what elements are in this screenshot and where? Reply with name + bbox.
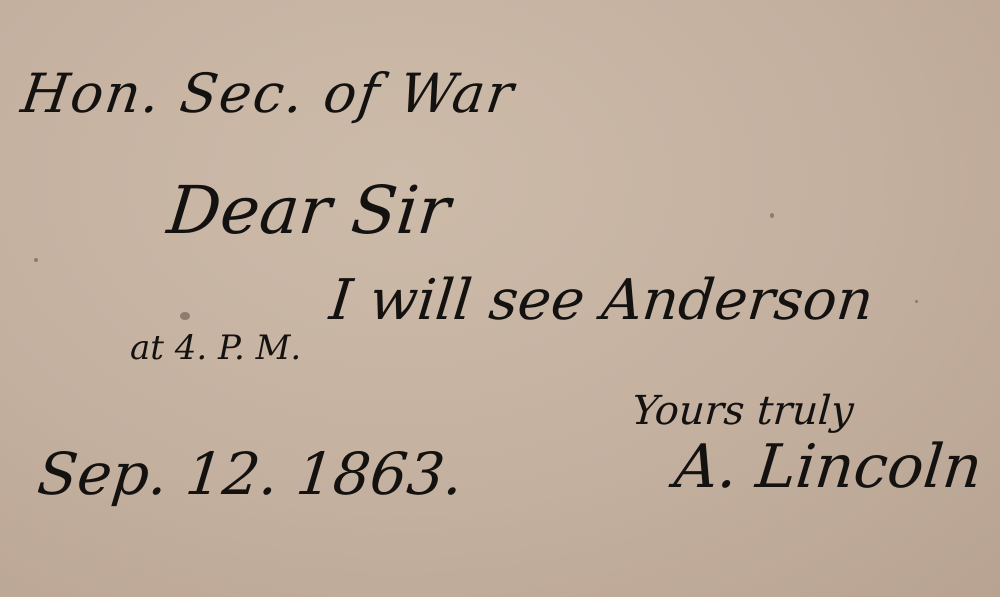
paper-speck <box>915 300 918 303</box>
body-line: I will see Anderson <box>327 268 877 333</box>
ink-blot <box>180 312 190 320</box>
letter-paper: Hon. Sec. of War Dear Sir I will see And… <box>0 0 1000 597</box>
addressee-line: Hon. Sec. of War <box>18 62 520 125</box>
body-time-line: at 4. P. M. <box>130 328 301 368</box>
greeting-line: Dear Sir <box>164 172 454 249</box>
signature: A. Lincoln <box>671 432 985 502</box>
date-line: Sep. 12. 1863. <box>34 440 466 508</box>
paper-speck <box>770 213 774 218</box>
closing-line: Yours truly <box>630 388 855 434</box>
paper-speck <box>34 258 38 262</box>
